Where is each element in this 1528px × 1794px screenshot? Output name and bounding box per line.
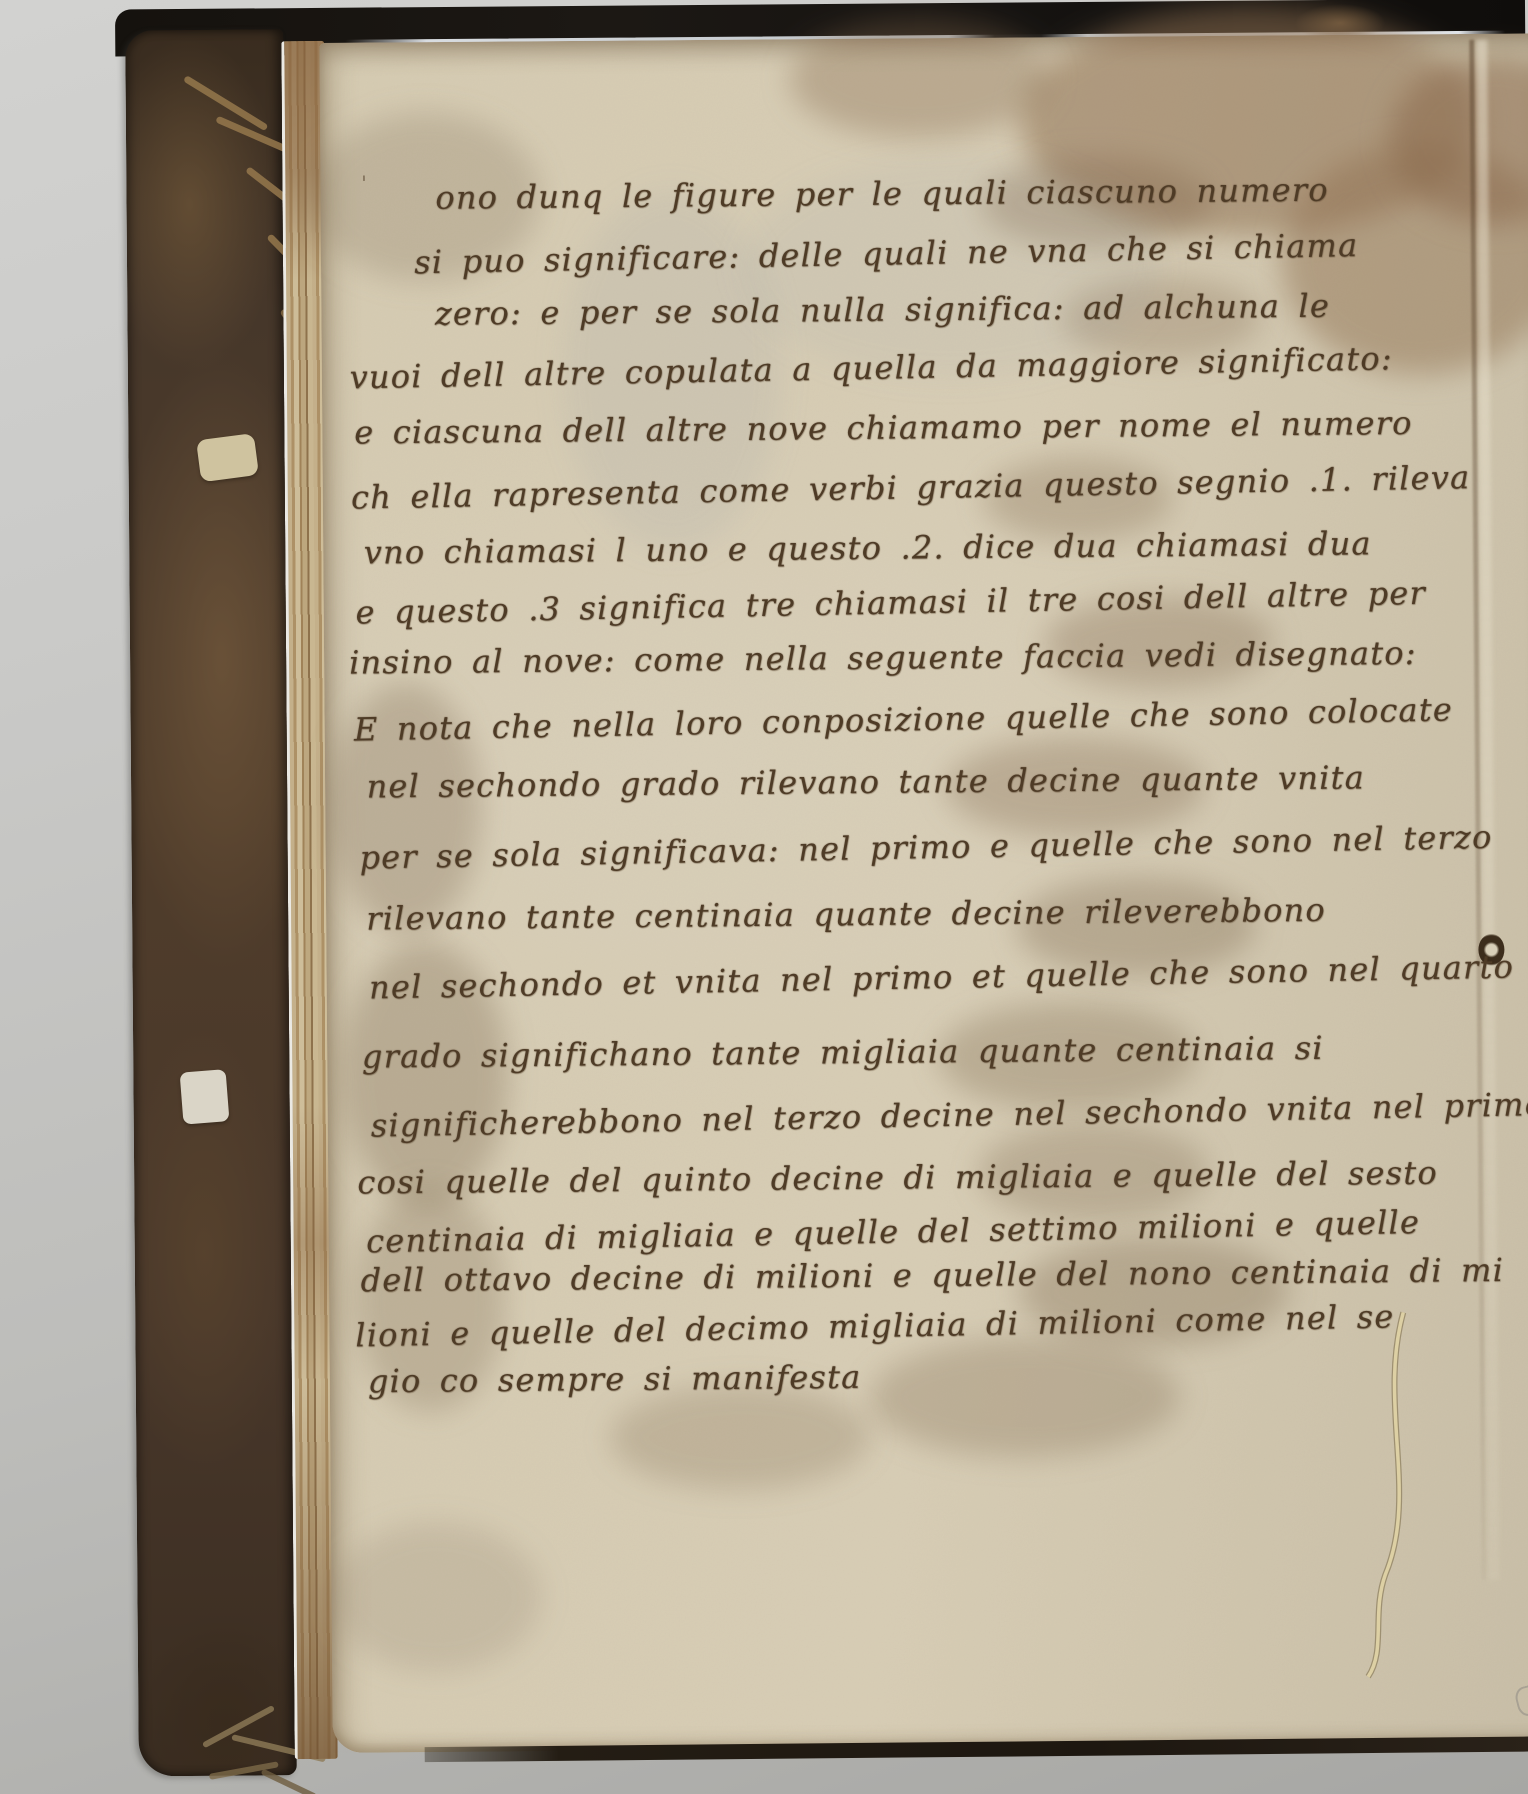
margin-mark: ' (361, 171, 367, 195)
manuscript-line: dell ottavo decine di milioni e quelle d… (360, 1251, 1504, 1299)
manuscript-book: ' ono dunq le figure per le quali ciascu… (111, 0, 1528, 1794)
manuscript-line: vno chiamasi l uno e questo .2. dice dua… (364, 524, 1372, 571)
parchment-tab-lower (180, 1069, 230, 1124)
manuscript-line: cosi quelle del quinto decine di migliai… (357, 1154, 1438, 1202)
manuscript-line: e ciascuna dell altre nove chiamamo per … (354, 404, 1413, 452)
frayed-corner-thread (261, 1769, 318, 1794)
manuscript-line: centinaia di migliaia e quelle del setti… (366, 1203, 1421, 1260)
manuscript-line: gio co sempre si manifesta (368, 1358, 862, 1400)
manuscript-line: E nota che nella loro conposizione quell… (354, 690, 1454, 748)
manuscript-line: nel sechondo grado rilevano tante decine… (366, 758, 1365, 805)
manuscript-line: significherebbono nel terzo decine nel s… (370, 1085, 1528, 1145)
manuscript-line: nel sechondo et vnita nel primo et quell… (369, 948, 1515, 1007)
manuscript-line: si puo significare: delle quali ne vna c… (414, 226, 1359, 281)
manuscript-line: zero: e per se sola nulla significa: ad … (435, 287, 1330, 333)
manuscript-line: ch ella rapresenta come verbi grazia que… (351, 458, 1471, 517)
manuscript-line: per se sola significava: nel primo e que… (359, 818, 1493, 877)
manuscript-line: insino al nove: come nella seguente facc… (349, 634, 1417, 682)
manuscript-line: lioni e quelle del decimo migliaia di mi… (355, 1297, 1395, 1354)
leather-spine (125, 29, 297, 1776)
manuscript-text: ' ono dunq le figure per le quali ciascu… (316, 31, 1528, 1756)
manuscript-line: ono dunq le figure per le quali ciascuno… (435, 171, 1329, 217)
manuscript-line: e questo .3 significa tre chiamasi il tr… (355, 574, 1426, 632)
manuscript-line: grado significhano tante migliaia quante… (362, 1029, 1324, 1076)
manuscript-page: ' ono dunq le figure per le quali ciascu… (319, 33, 1528, 1753)
manuscript-line: vuoi dell altre copulata a quella da mag… (349, 339, 1393, 396)
manuscript-line: rilevano tante centinaia quante decine r… (366, 891, 1326, 938)
parchment-tab-upper (196, 433, 259, 482)
scanner-background: ' ono dunq le figure per le quali ciascu… (0, 0, 1528, 1794)
